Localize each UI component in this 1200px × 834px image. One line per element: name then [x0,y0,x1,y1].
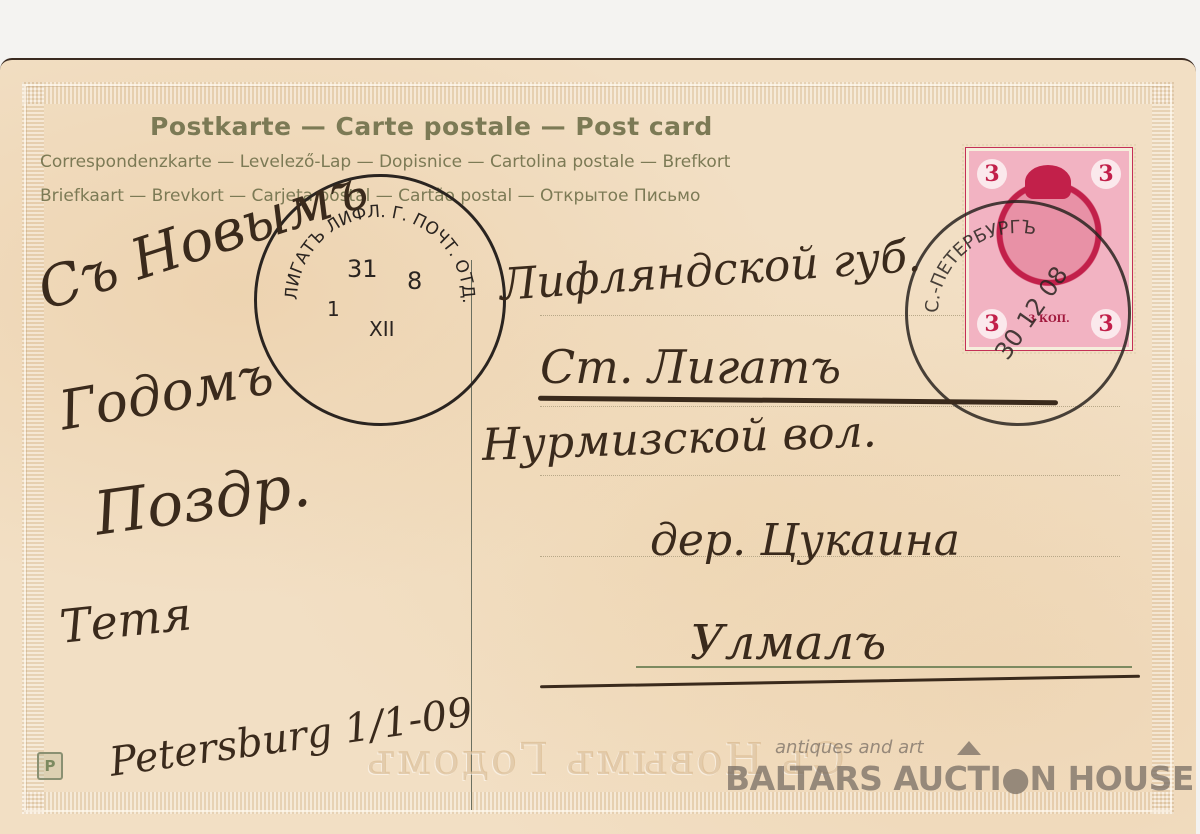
address-line [540,475,1120,476]
stamp-denomination: 3 [1091,159,1121,189]
languages-line-1: Correspondenzkarte — Levelező-Lap — Dopi… [40,152,730,172]
postmark-day: 31 [347,255,378,283]
svg-text:С.-ПЕТЕРБУРГЪ: С.-ПЕТЕРБУРГЪ [922,217,1038,314]
postmark-hour: 1 [327,297,340,321]
address-line-text: Ст. Лигатъ [540,340,841,394]
postcard: Postkarte — Carte postale — Post card Co… [0,58,1196,834]
watermark-name: BALTARS AUCTI●N HOUSE [725,759,1194,798]
postmark-month: XII [369,317,395,341]
postcard-title: Postkarte — Carte postale — Post card [150,112,713,141]
crown-icon [1025,165,1071,199]
postmark-year: 8 [407,267,422,295]
address-line-text: дер. Цукаина [650,515,960,566]
watermark-tagline: antiques and art [775,737,924,758]
postmark-st-petersburg: С.-ПЕТЕРБУРГЪ 30 12 08 [905,200,1131,426]
crown-icon [957,741,981,755]
address-line-text: Улмалъ [690,615,886,671]
publisher-logo: P [37,752,63,780]
stamp-denomination: 3 [977,159,1007,189]
